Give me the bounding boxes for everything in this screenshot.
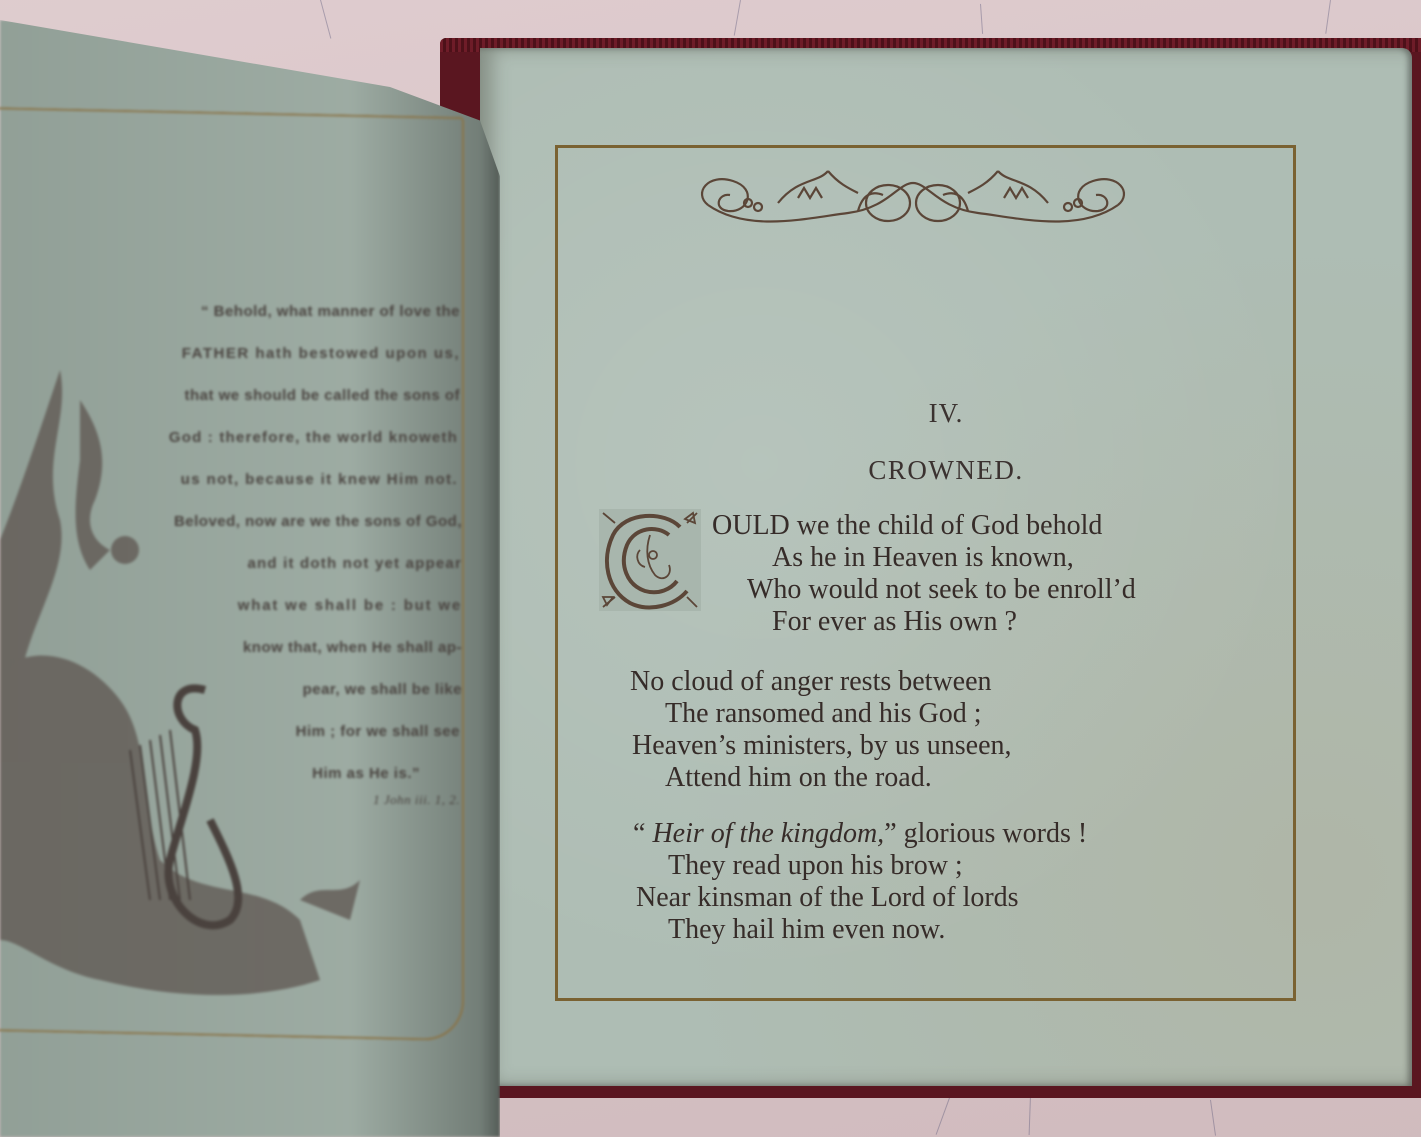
chapter-title: CROWNED.: [480, 455, 1412, 486]
italic-phrase: Heir of the kingdom,: [652, 818, 884, 849]
verse-line: FATHER hath bestowed upon us,: [182, 345, 460, 362]
paper-fibre: [936, 1095, 951, 1135]
poem-line: “ Heir of the kingdom,” glorious words !: [633, 818, 1087, 850]
left-page: “ Behold, what manner of love the FATHER…: [0, 20, 500, 1137]
poem-line: They read upon his brow ;: [668, 850, 1087, 882]
poem-line: Attend him on the road.: [665, 762, 1012, 794]
verse-line: Him ; for we shall see: [296, 723, 460, 740]
poem-line: The ransomed and his God ;: [665, 698, 1012, 730]
scripture-reference: 1 John iii. 1, 2.: [373, 792, 460, 808]
poem-line: As he in Heaven is known,: [772, 542, 1136, 574]
paper-fibre: [320, 0, 331, 39]
open-quote: “: [633, 818, 652, 849]
verse-line: and it doth not yet appear: [247, 555, 462, 572]
poem-line: Heaven’s ministers, by us unseen,: [632, 730, 1012, 762]
line-remainder: ” glorious words !: [884, 818, 1087, 849]
stanza-3: “ Heir of the kingdom,” glorious words !…: [480, 818, 1087, 946]
right-page: IV. CROWNED. OULD we the child of God be…: [480, 48, 1412, 1086]
stanza-1: OULD we the child of God behold As he in…: [480, 510, 1136, 638]
poem-line: They hail him even now.: [668, 914, 1087, 946]
verse-line: God : therefore, the world knoweth: [169, 429, 458, 446]
poem-line: Who would not seek to be enroll’d: [747, 574, 1136, 606]
verse-line: know that, when He shall ap-: [243, 639, 462, 656]
poem-line: OULD we the child of God behold: [712, 510, 1136, 542]
stanza-2: No cloud of anger rests between The rans…: [480, 666, 1012, 794]
chapter-number: IV.: [480, 398, 1412, 429]
paper-fibre: [980, 4, 983, 34]
verse-line: us not, because it knew Him not.: [181, 471, 458, 488]
paper-fibre: [1029, 1095, 1031, 1135]
verse-line: “ Behold, what manner of love the: [201, 303, 460, 320]
paper-fibre: [734, 0, 741, 36]
verse-line: that we should be called the sons of: [184, 387, 460, 404]
verse-line: Beloved, now are we the sons of God,: [174, 513, 462, 530]
poem-line: For ever as His own ?: [772, 606, 1136, 638]
floral-headpiece-ornament-icon: [688, 163, 1138, 235]
poem-line: Near kinsman of the Lord of lords: [636, 882, 1087, 914]
paper-fibre: [1325, 0, 1331, 34]
verse-line: what we shall be : but we: [238, 597, 462, 614]
verse-line: pear, we shall be like: [303, 681, 462, 698]
paper-fibre: [1210, 1100, 1216, 1136]
poem-line: No cloud of anger rests between: [630, 666, 1012, 698]
verse-line: Him as He is.”: [312, 765, 420, 782]
